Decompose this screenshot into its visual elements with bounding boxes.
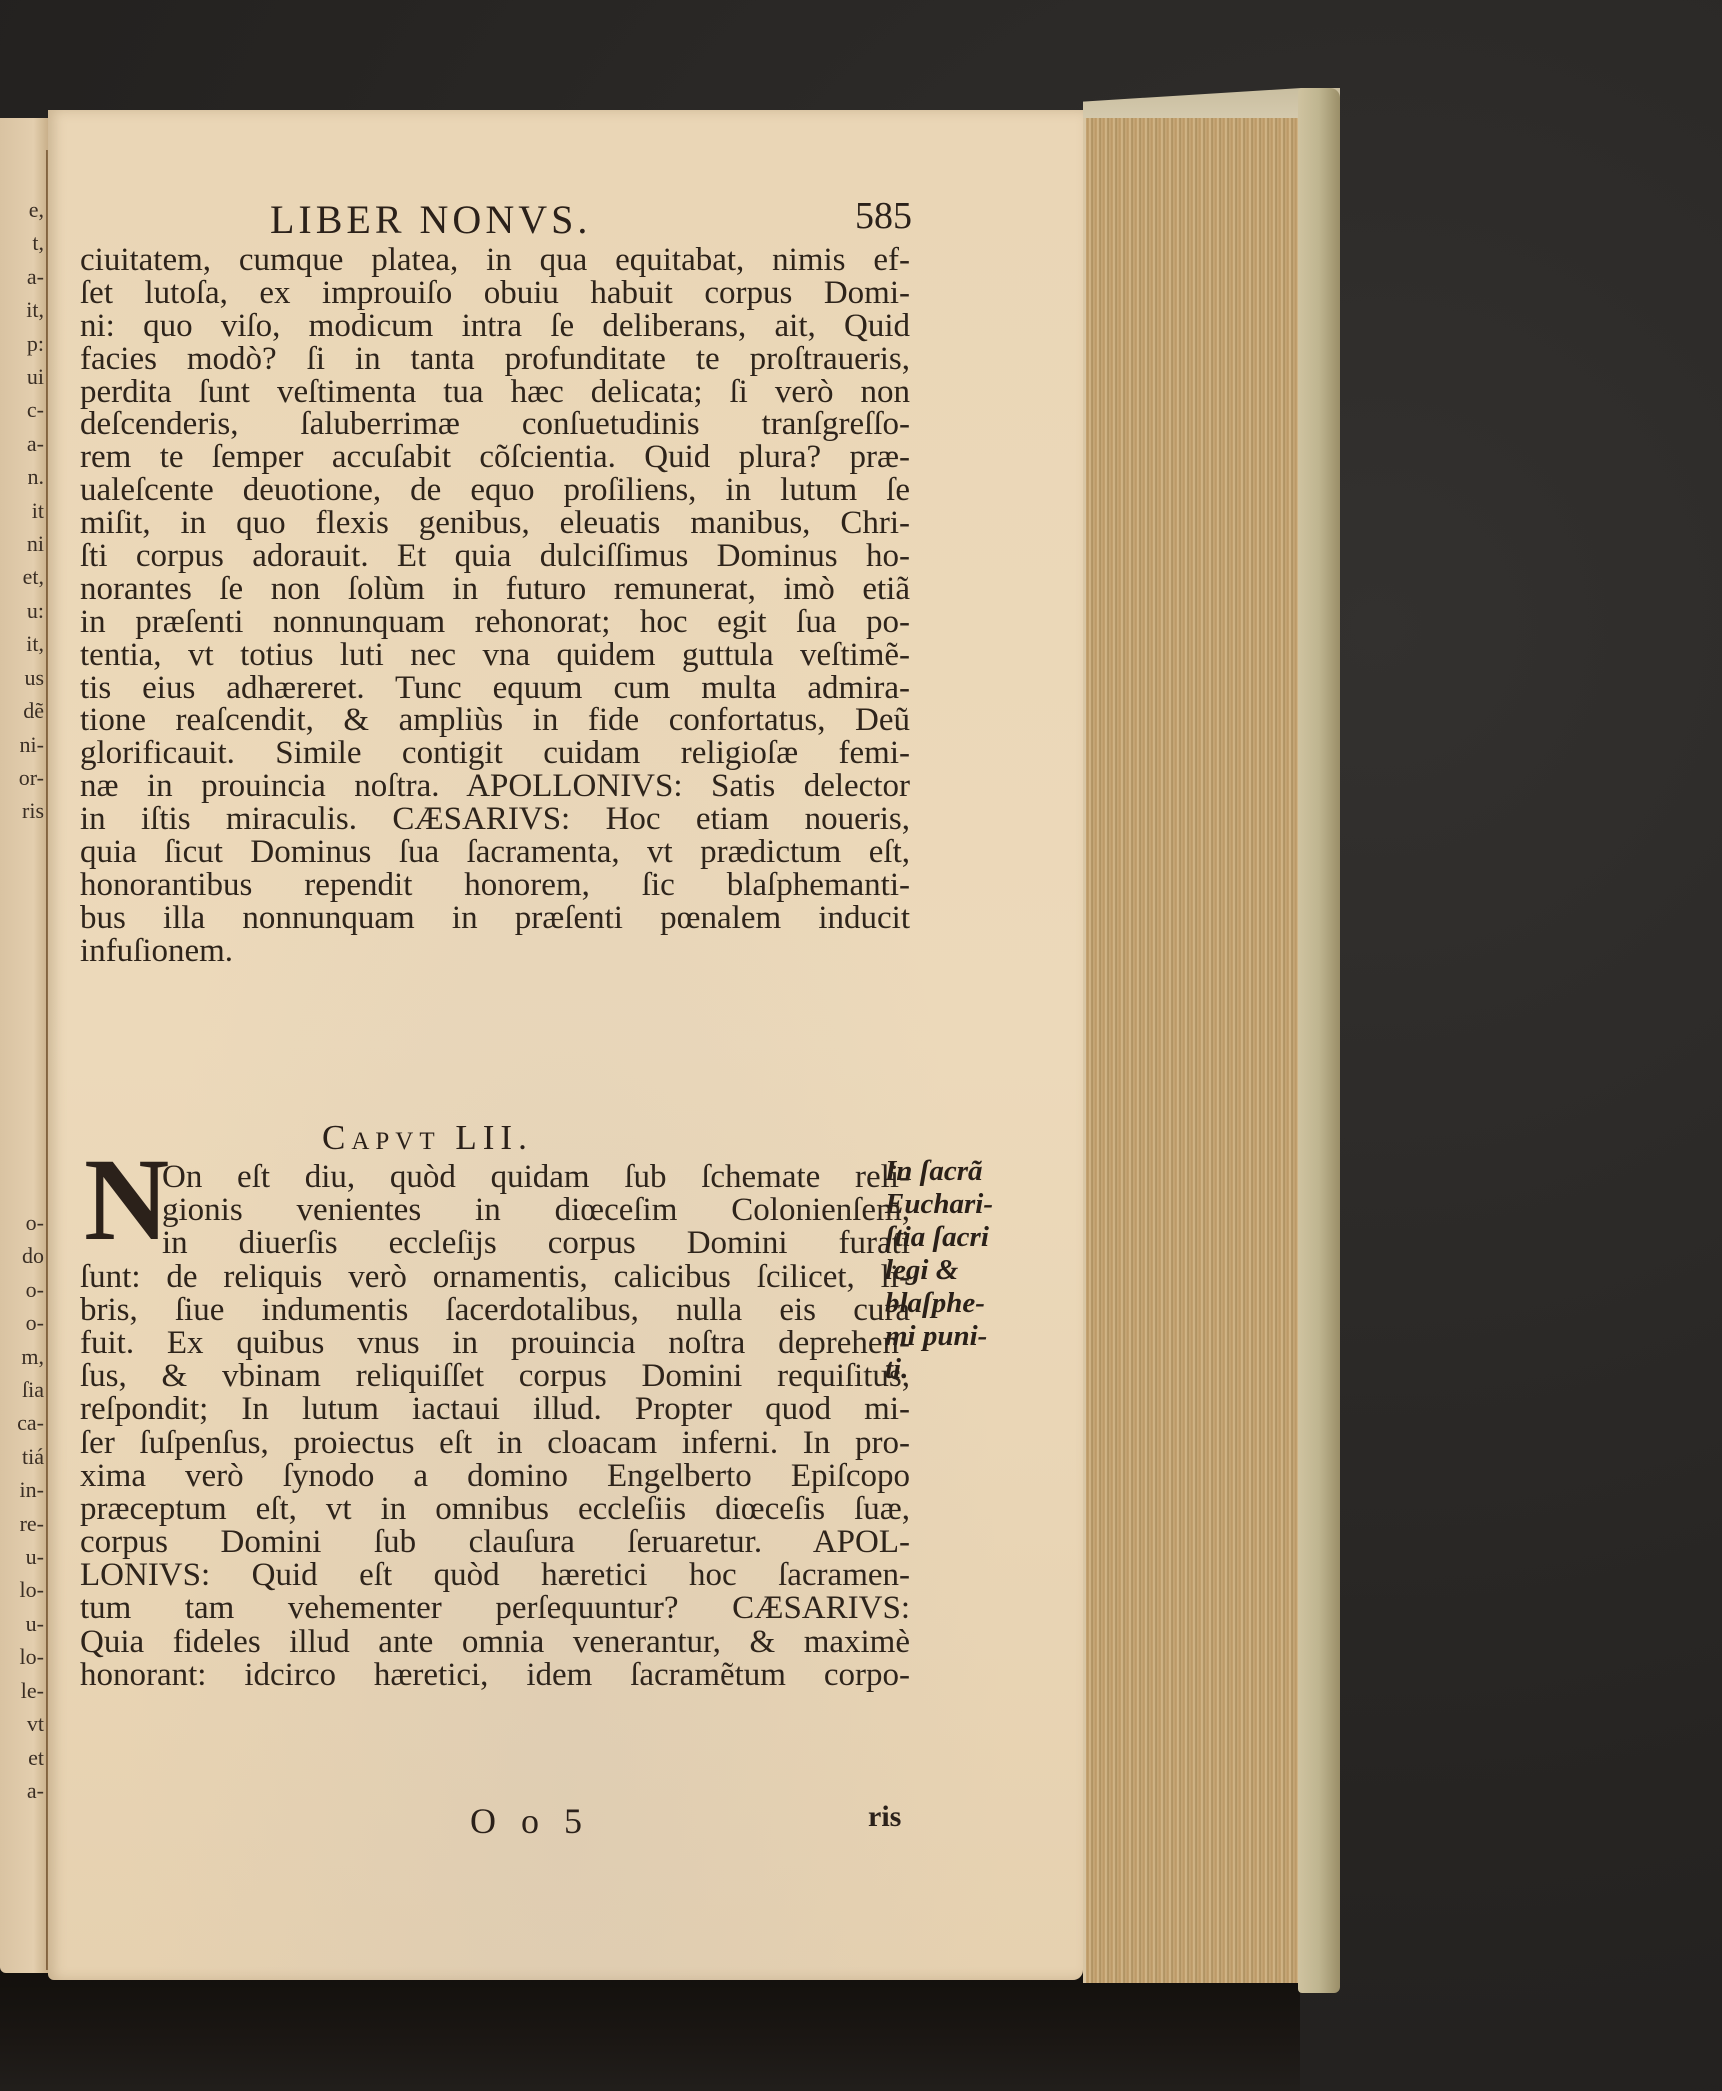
marginal-note-line: ſtia ſacri — [885, 1221, 993, 1254]
text-line: Quia fideles illud ante omnia venerantur… — [80, 1626, 910, 1659]
page-fore-edge — [1083, 118, 1304, 1983]
signature-mark: O o 5 — [470, 1800, 590, 1842]
text-line: rem te ſemper accuſabit cõſcientia. Quid… — [80, 441, 910, 474]
left-page-fragment: vt — [0, 1707, 44, 1740]
left-page-fragments-bottom: o-doo-o-m,ſiaca-tiáin-re-u-lo-u-lo-le-vt… — [0, 1206, 44, 1807]
left-page-fragment: c- — [0, 393, 44, 426]
text-line: reſpondit; In lutum iactaui illud. Propt… — [80, 1393, 910, 1426]
text-line: in diuerſis eccleſijs corpus Domini fura… — [80, 1227, 910, 1260]
text-line: gionis venientes in diœceſim Colonienſem… — [80, 1194, 910, 1227]
text-line: tione reaſcendit, & ampliùs in fide conf… — [80, 704, 910, 737]
text-line: facies modò? ſi in tanta profunditate te… — [80, 343, 910, 376]
text-line: miſit, in quo flexis genibus, eleuatis m… — [80, 507, 910, 540]
marginal-note-line: legi & — [885, 1254, 993, 1287]
chapter-heading: Capvt LII. — [322, 1118, 533, 1158]
left-page-fragment: a- — [0, 1774, 44, 1807]
left-page-fragment: it — [0, 494, 44, 527]
text-line: honorant: idcirco hæretici, idem ſacramẽ… — [80, 1659, 910, 1692]
left-page-fragment: dẽ — [0, 694, 44, 727]
left-page-fragment: lo- — [0, 1640, 44, 1673]
text-line: xima verò ſynodo a domino Engelberto Epi… — [80, 1460, 910, 1493]
text-line: ciuitatem, cumque platea, in qua equitab… — [80, 244, 910, 277]
text-line: deſcenderis, ſaluberrimæ conſuetudinis t… — [80, 408, 910, 441]
left-page-fragment: ui — [0, 360, 44, 393]
marginal-note: In ſacrãEuchari-ſtia ſacrilegi &blaſphe-… — [885, 1155, 993, 1386]
left-page-fragment: et — [0, 1741, 44, 1774]
left-page-fragment: in- — [0, 1473, 44, 1506]
left-page-fragment: us — [0, 661, 44, 694]
page-number: 585 — [855, 194, 912, 238]
text-line: ſti corpus adorauit. Et quia dulciſſimus… — [80, 540, 910, 573]
text-line: fuit. Ex quibus vnus in prouincia noſtra… — [80, 1327, 910, 1360]
left-page-fragment: p: — [0, 327, 44, 360]
text-line: quia ſicut Dominus ſua ſacramenta, vt pr… — [80, 836, 910, 869]
chapter-text-block: On eſt diu, quòd quidam ſub ſchemate rel… — [80, 1161, 910, 1692]
left-page-fragment: ſia — [0, 1373, 44, 1406]
text-line: bus illa nonnunquam in præſenti pœnalem … — [80, 902, 910, 935]
left-page-fragment: et, — [0, 560, 44, 593]
left-page-fragment: o- — [0, 1306, 44, 1339]
book-shadow — [0, 1965, 1300, 2091]
main-text-block: ciuitatem, cumque platea, in qua equitab… — [80, 244, 910, 968]
marginal-note-line: In ſacrã — [885, 1155, 993, 1188]
left-page-fragments-top: e,t,a-it,p:uic-a-n.itniet,u:it,usdẽni-or… — [0, 193, 44, 828]
text-line: ualeſcente deuotione, de equo proſiliens… — [80, 474, 910, 507]
left-page-fragment: u- — [0, 1540, 44, 1573]
left-page-fragment: n. — [0, 460, 44, 493]
text-line: perdita ſunt veſtimenta tua hæc delicata… — [80, 376, 910, 409]
marginal-note-line: Euchari- — [885, 1188, 993, 1221]
left-page-fragment: u- — [0, 1607, 44, 1640]
left-page-edge: e,t,a-it,p:uic-a-n.itniet,u:it,usdẽni-or… — [0, 118, 48, 1973]
left-page-fragment: it, — [0, 627, 44, 660]
cover-board — [1298, 88, 1340, 1993]
left-page-fragment: or- — [0, 761, 44, 794]
text-line: præceptum eſt, vt in omnibus eccleſiis d… — [80, 1493, 910, 1526]
text-line: infuſionem. — [80, 935, 910, 968]
marginal-note-line: mi puni- — [885, 1320, 993, 1353]
running-head: LIBER NONVS. — [270, 196, 591, 243]
left-page-fragment: re- — [0, 1507, 44, 1540]
text-line: norantes ſe non ſolùm in futuro remunera… — [80, 573, 910, 606]
marginal-note-line: ti. — [885, 1353, 993, 1386]
text-line: tum tam vehementer perſequuntur? CÆSARIV… — [80, 1592, 910, 1625]
left-page-fragment: t, — [0, 226, 44, 259]
left-page-fragment: a- — [0, 427, 44, 460]
left-page-fragment: do — [0, 1239, 44, 1272]
text-line: ſus, & vbinam reliquiſſet corpus Domini … — [80, 1360, 910, 1393]
left-page-fragment: u: — [0, 594, 44, 627]
text-line: ſunt: de reliquis verò ornamentis, calic… — [80, 1261, 910, 1294]
text-line: in præſenti nonnunquam rehonorat; hoc eg… — [80, 606, 910, 639]
left-page-fragment: ris — [0, 794, 44, 827]
text-line: ſet lutoſa, ex improuiſo obuiu habuit co… — [80, 277, 910, 310]
left-page-fragment: lo- — [0, 1573, 44, 1606]
text-line: glorificauit. Simile contigit cuidam rel… — [80, 737, 910, 770]
left-page-fragment: o- — [0, 1206, 44, 1239]
text-line: ni: quo viſo, modicum intra ſe deliberan… — [80, 310, 910, 343]
left-page-fragment: tiá — [0, 1440, 44, 1473]
text-line: in iſtis miraculis. CÆSARIVS: Hoc etiam … — [80, 803, 910, 836]
text-line: tentia, vt totius luti nec vna quidem gu… — [80, 639, 910, 672]
text-line: LONIVS: Quid eſt quòd hæretici hoc ſacra… — [80, 1559, 910, 1592]
left-page-fragment: ca- — [0, 1406, 44, 1439]
left-page-fragment: o- — [0, 1273, 44, 1306]
text-line: On eſt diu, quòd quidam ſub ſchemate rel… — [80, 1161, 910, 1194]
left-page-fragment: ni — [0, 527, 44, 560]
left-page-fragment: it, — [0, 293, 44, 326]
text-line: næ in prouincia noſtra. APOLLONIVS: Sati… — [80, 770, 910, 803]
left-page-fragment: e, — [0, 193, 44, 226]
text-line: tis eius adhæreret. Tunc equum cum multa… — [80, 672, 910, 705]
text-line: bris, ſiue indumentis ſacerdotalibus, nu… — [80, 1294, 910, 1327]
left-page-fragment: ni- — [0, 728, 44, 761]
left-page-fragment: m, — [0, 1340, 44, 1373]
text-line: ſer ſuſpenſus, proiectus eſt in cloacam … — [80, 1427, 910, 1460]
marginal-note-line: blaſphe- — [885, 1287, 993, 1320]
text-line: honorantibus rependit honorem, ſic blaſp… — [80, 869, 910, 902]
left-page-fragment: le- — [0, 1674, 44, 1707]
left-page-fragment: a- — [0, 260, 44, 293]
catchword: ris — [868, 1800, 901, 1834]
text-line: corpus Domini ſub clauſura ſeruaretur. A… — [80, 1526, 910, 1559]
